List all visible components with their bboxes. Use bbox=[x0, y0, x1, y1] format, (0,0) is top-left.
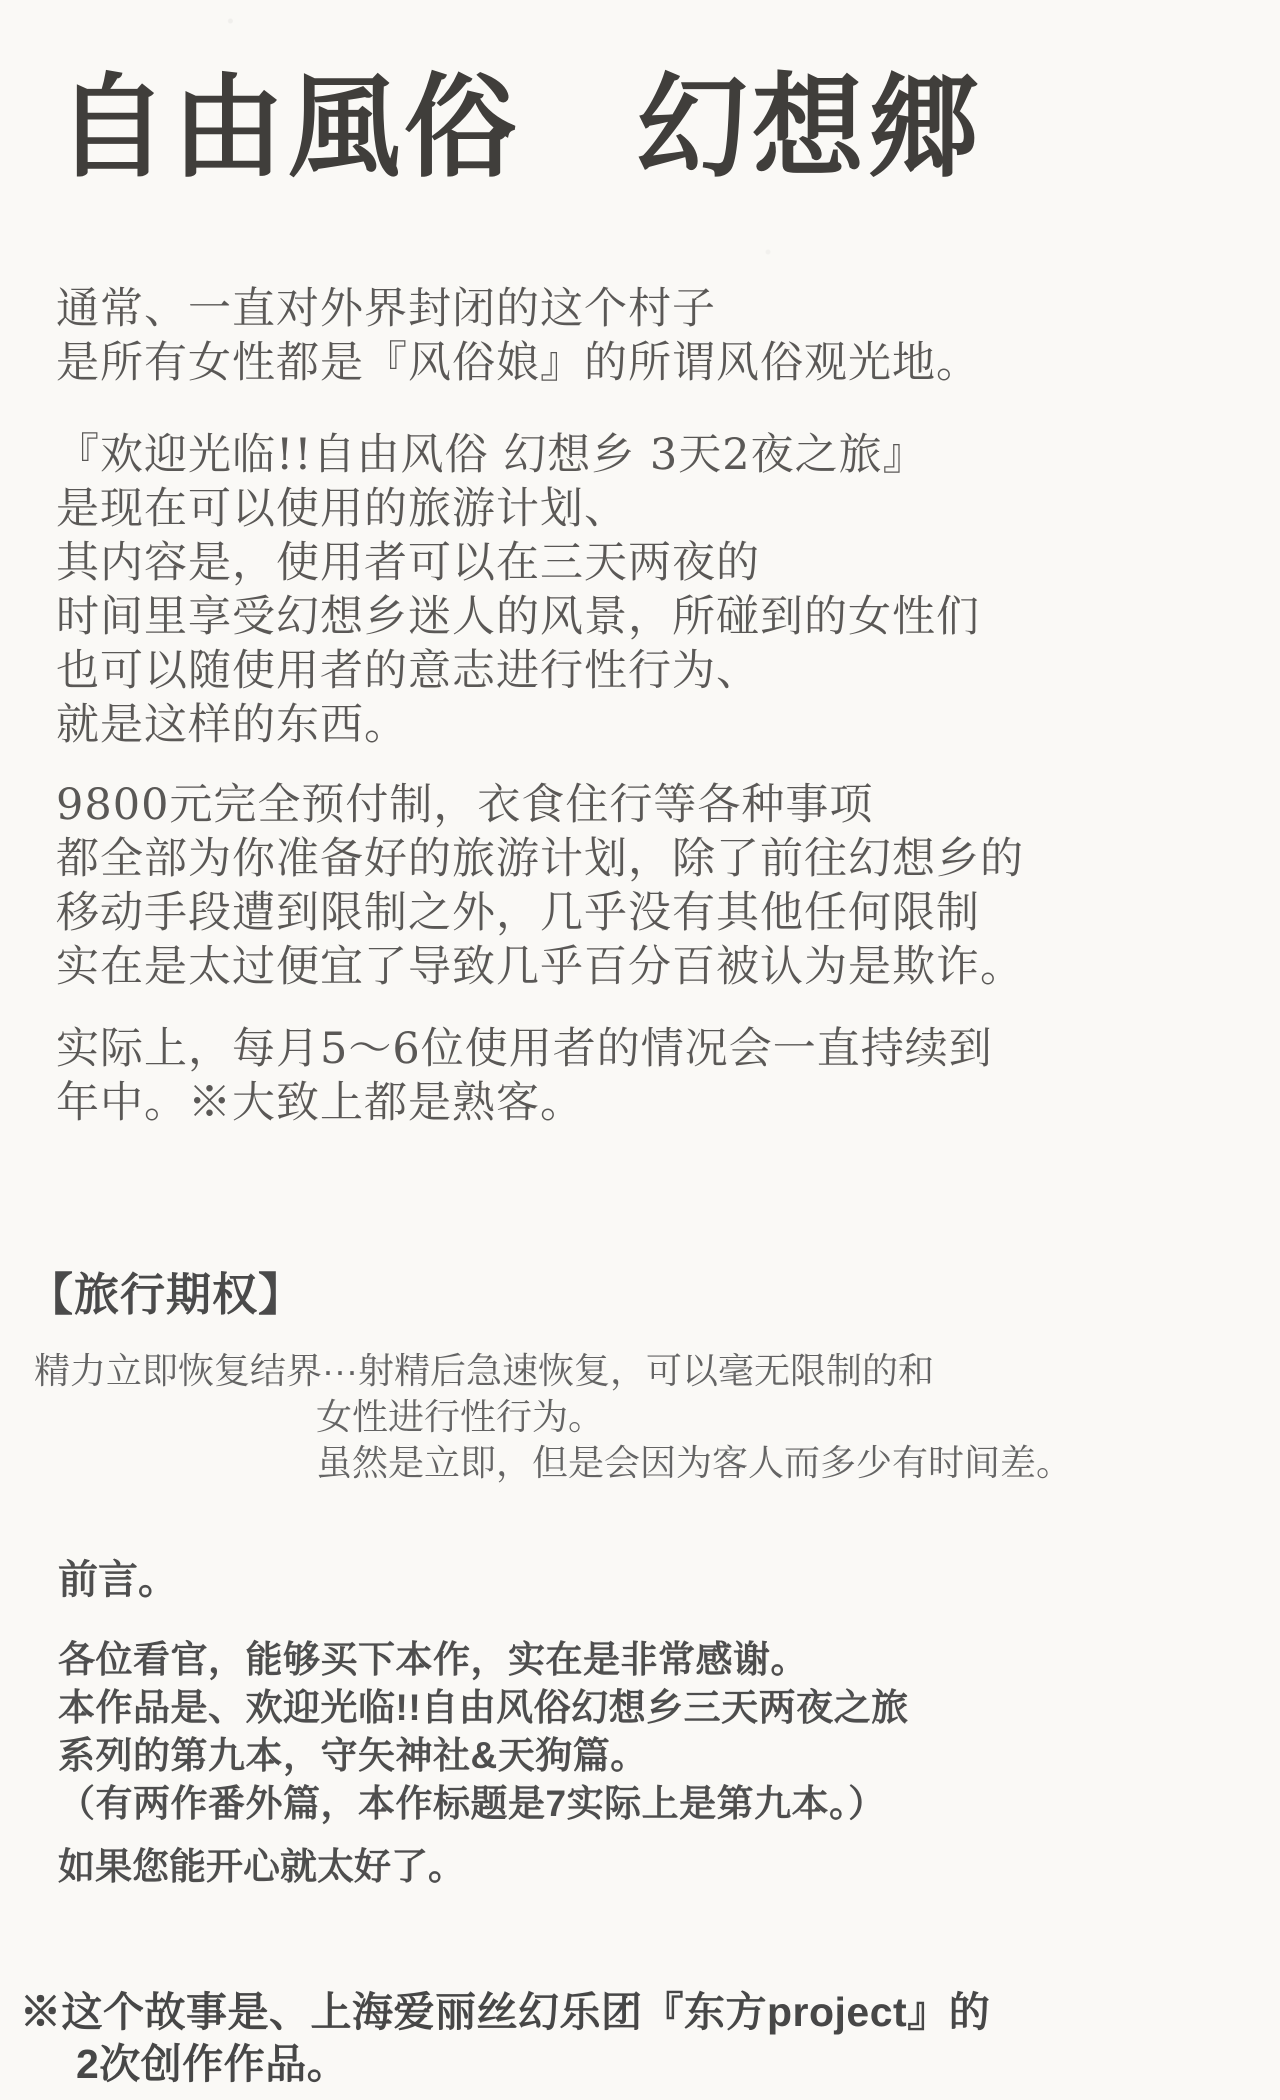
text-line: 2次创作作品。 bbox=[76, 2038, 990, 2090]
text-line: 也可以随使用者的意志进行性行为、 bbox=[56, 644, 980, 698]
text-line: 其内容是，使用者可以在三天两夜的 bbox=[56, 536, 980, 590]
scanned-document-page: 自由風俗 幻想郷 通常、一直对外界封闭的这个村子 是所有女性都是『风俗娘』的所谓… bbox=[0, 0, 1280, 2100]
text-line: 本作品是、欢迎光临!!自由风俗幻想乡三天两夜之旅 bbox=[58, 1684, 909, 1732]
preface-heading: 前言。 bbox=[58, 1548, 178, 1605]
page-title: 自由風俗 幻想郷 bbox=[56, 38, 984, 199]
travel-options-list: 精力立即恢复结界···射精后急速恢复，可以毫无限制的和 女性进行性行为。 虽然是… bbox=[34, 1348, 1072, 1486]
intro-paragraph-4: 实际上，每月5～6位使用者的情况会一直持续到 年中。※大致上都是熟客。 bbox=[56, 1022, 993, 1130]
text-line: 年中。※大致上都是熟客。 bbox=[56, 1076, 993, 1130]
text-line: 就是这样的东西。 bbox=[56, 698, 980, 752]
text-line: 系列的第九本，守矢神社&天狗篇。 bbox=[58, 1732, 909, 1780]
option-line: 精力立即恢复结界···射精后急速恢复，可以毫无限制的和 bbox=[34, 1348, 1072, 1394]
text-line: 是现在可以使用的旅游计划、 bbox=[56, 482, 980, 536]
copyright-disclaimer: ※这个故事是、上海爱丽丝幻乐团『东方project』的 2次创作作品。 bbox=[20, 1986, 990, 2090]
preface-paragraph: 各位看官，能够买下本作，实在是非常感谢。 本作品是、欢迎光临!!自由风俗幻想乡三… bbox=[58, 1636, 909, 1828]
preface-closing-line: 如果您能开心就太好了。 bbox=[58, 1836, 465, 1890]
text-line: 都全部为你准备好的旅游计划，除了前往幻想乡的 bbox=[56, 832, 1024, 886]
intro-paragraph-1: 通常、一直对外界封闭的这个村子 是所有女性都是『风俗娘』的所谓风俗观光地。 bbox=[56, 282, 980, 390]
text-line: 实在是太过便宜了导致几乎百分百被认为是欺诈。 bbox=[56, 940, 1024, 994]
text-line: 各位看官，能够买下本作，实在是非常感谢。 bbox=[58, 1636, 909, 1684]
text-line: 『欢迎光临!!自由风俗 幻想乡 3天2夜之旅』 bbox=[56, 428, 980, 482]
text-line: 是所有女性都是『风俗娘』的所谓风俗观光地。 bbox=[56, 336, 980, 390]
intro-paragraph-3: 9800元完全预付制，衣食住行等各种事项 都全部为你准备好的旅游计划，除了前往幻… bbox=[56, 778, 1024, 994]
text-line: （有两作番外篇，本作标题是7实际上是第九本。） bbox=[58, 1780, 909, 1828]
option-line: 女性进行性行为。 bbox=[316, 1394, 1072, 1440]
text-line: 移动手段遭到限制之外，几乎没有其他任何限制 bbox=[56, 886, 1024, 940]
travel-options-heading: 【旅行期权】 bbox=[28, 1258, 304, 1323]
text-line: 时间里享受幻想乡迷人的风景，所碰到的女性们 bbox=[56, 590, 980, 644]
text-line: 通常、一直对外界封闭的这个村子 bbox=[56, 282, 980, 336]
text-line: 9800元完全预付制，衣食住行等各种事项 bbox=[56, 778, 1024, 832]
option-line: 虽然是立即，但是会因为客人而多少有时间差。 bbox=[316, 1440, 1072, 1486]
intro-paragraph-2: 『欢迎光临!!自由风俗 幻想乡 3天2夜之旅』 是现在可以使用的旅游计划、 其内… bbox=[56, 428, 980, 752]
text-line: ※这个故事是、上海爱丽丝幻乐团『东方project』的 bbox=[20, 1986, 990, 2038]
text-line: 实际上，每月5～6位使用者的情况会一直持续到 bbox=[56, 1022, 993, 1076]
